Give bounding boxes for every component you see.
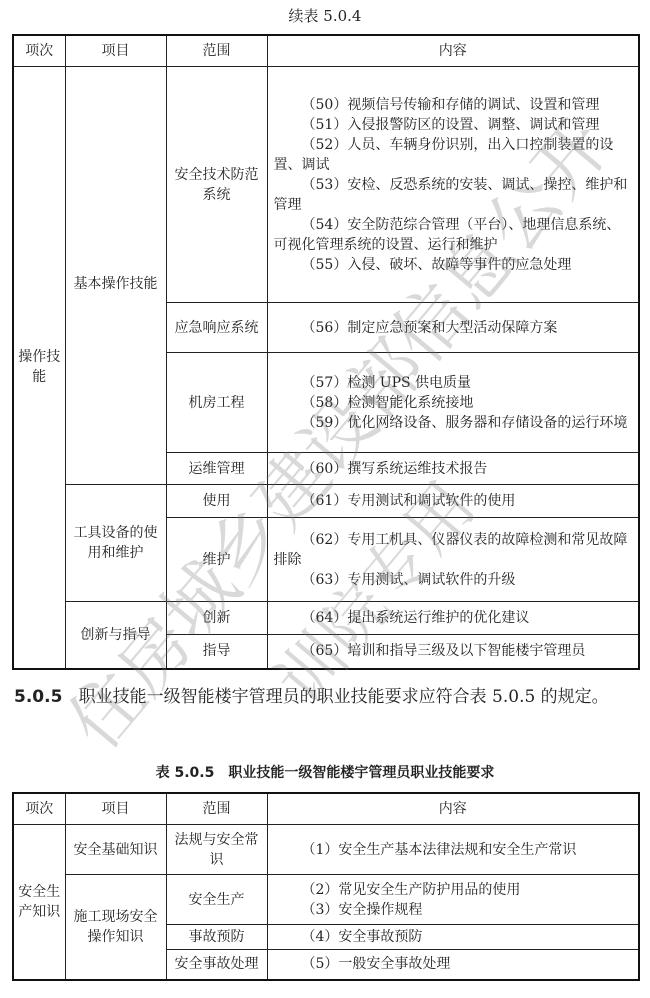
item-cell: 工具设备的使用和维护 (65, 485, 166, 602)
content-cell: （60）撰写系统运维技术报告 (267, 453, 639, 485)
header-scope: 范围 (166, 793, 267, 825)
content-cell: （65）培训和指导三级及以下智能楼宇管理员 (267, 635, 639, 669)
content-line: （64）提出系统运行维护的优化建议 (274, 608, 633, 628)
content-line: （1）安全生产基本法律法规和安全生产常识 (274, 840, 633, 860)
header-scope: 范围 (166, 35, 267, 67)
content-line: （57）检测 UPS 供电质量 (274, 373, 633, 393)
content-cell: （1）安全生产基本法律法规和安全生产常识 (267, 825, 639, 875)
item-cell: 创新与指导 (65, 602, 166, 669)
content-cell: （5）一般安全事故处理 (267, 950, 639, 980)
content-line: （54）安全防范综合管理（平台）、地理信息系统、可视化管理系统的设置、运行和维护 (274, 215, 633, 255)
content-line: （56）制定应急预案和大型活动保障方案 (274, 318, 633, 338)
content-line: （50）视频信号传输和存储的调试、设置和管理 (274, 95, 633, 115)
content-cell: （64）提出系统运行维护的优化建议 (267, 602, 639, 635)
content-line: （55）入侵、破坏、故障等事件的应急处理 (274, 255, 633, 275)
scope-cell: 法规与安全常识 (166, 825, 267, 875)
content-line: （62）专用工机具、仪器仪表的故障检测和常见故障排除 (274, 530, 633, 570)
table-header-row: 项次 项目 范围 内容 (13, 35, 639, 67)
content-line: （58）检测智能化系统接地 (274, 393, 633, 413)
category-cell: 安全生产知识 (13, 825, 65, 980)
content-line: （65）培训和指导三级及以下智能楼宇管理员 (274, 641, 633, 661)
table-row: 工具设备的使用和维护 使用 （61）专用测试和调试软件的使用 (13, 485, 639, 518)
content-cell: （50）视频信号传输和存储的调试、设置和管理 （51）入侵报警防区的设置、调整、… (267, 67, 639, 303)
content-line: （53）安检、反恐系统的安装、调试、操控、维护和管理 (274, 175, 633, 215)
content-line: （3）安全操作规程 (274, 900, 633, 920)
scope-cell: 安全技术防范系统 (166, 67, 267, 303)
table2-caption: 表 5.0.5 职业技能一级智能楼宇管理员职业技能要求 (0, 762, 650, 782)
scope-cell: 机房工程 (166, 353, 267, 453)
scope-cell: 运维管理 (166, 453, 267, 485)
scope-cell: 创新 (166, 602, 267, 635)
content-line: （5）一般安全事故处理 (274, 954, 633, 974)
table-row: 操作技能 基本操作技能 安全技术防范系统 （50）视频信号传输和存储的调试、设置… (13, 67, 639, 303)
table-5-0-5: 项次 项目 范围 内容 安全生产知识 安全基础知识 法规与安全常识 （1）安全生… (12, 792, 640, 981)
scope-cell: 安全事故处理 (166, 950, 267, 980)
content-line: （4）安全事故预防 (274, 927, 633, 947)
content-line: （51）入侵报警防区的设置、调整、调试和管理 (274, 115, 633, 135)
header-index: 项次 (13, 793, 65, 825)
item-cell: 安全基础知识 (65, 825, 166, 875)
table-row: 创新与指导 创新 （64）提出系统运行维护的优化建议 (13, 602, 639, 635)
scope-cell: 指导 (166, 635, 267, 669)
content-cell: （61）专用测试和调试软件的使用 (267, 485, 639, 518)
clause-5-0-5: 5.0.5 职业技能一级智能楼宇管理员的职业技能要求应符合表 5.0.5 的规定… (14, 683, 634, 711)
clause-number: 5.0.5 (14, 687, 62, 707)
scope-cell: 安全生产 (166, 875, 267, 925)
content-line: （52）人员、车辆身份识别，出入口控制装置的设置、调试 (274, 135, 633, 175)
scope-cell: 使用 (166, 485, 267, 518)
table-row: 施工现场安全操作知识 安全生产 （2）常见安全生产防护用品的使用 （3）安全操作… (13, 875, 639, 925)
category-cell: 操作技能 (13, 67, 65, 669)
item-cell: 基本操作技能 (65, 67, 166, 485)
header-content: 内容 (267, 35, 639, 67)
table1-caption: 续表 5.0.4 (0, 5, 650, 26)
content-line: （60）撰写系统运维技术报告 (274, 459, 633, 479)
content-cell: （56）制定应急预案和大型活动保障方案 (267, 303, 639, 353)
content-line: （63）专用测试、调试软件的升级 (274, 570, 633, 590)
table-header-row: 项次 项目 范围 内容 (13, 793, 639, 825)
table-row: 安全生产知识 安全基础知识 法规与安全常识 （1）安全生产基本法律法规和安全生产… (13, 825, 639, 875)
content-cell: （2）常见安全生产防护用品的使用 （3）安全操作规程 (267, 875, 639, 925)
header-index: 项次 (13, 35, 65, 67)
content-line: （59）优化网络设备、服务器和存储设备的运行环境 (274, 413, 633, 433)
scope-cell: 维护 (166, 518, 267, 602)
content-line: （61）专用测试和调试软件的使用 (274, 491, 633, 511)
content-cell: （4）安全事故预防 (267, 925, 639, 950)
content-cell: （62）专用工机具、仪器仪表的故障检测和常见故障排除 （63）专用测试、调试软件… (267, 518, 639, 602)
scope-cell: 应急响应系统 (166, 303, 267, 353)
clause-text: 职业技能一级智能楼宇管理员的职业技能要求应符合表 5.0.5 的规定。 (79, 687, 609, 707)
content-cell: （57）检测 UPS 供电质量 （58）检测智能化系统接地 （59）优化网络设备… (267, 353, 639, 453)
scope-cell: 事故预防 (166, 925, 267, 950)
item-cell: 施工现场安全操作知识 (65, 875, 166, 980)
header-item: 项目 (65, 35, 166, 67)
table-5-0-4-continued: 项次 项目 范围 内容 操作技能 基本操作技能 安全技术防范系统 （50）视频信… (12, 34, 640, 670)
content-line: （2）常见安全生产防护用品的使用 (274, 880, 633, 900)
header-content: 内容 (267, 793, 639, 825)
header-item: 项目 (65, 793, 166, 825)
